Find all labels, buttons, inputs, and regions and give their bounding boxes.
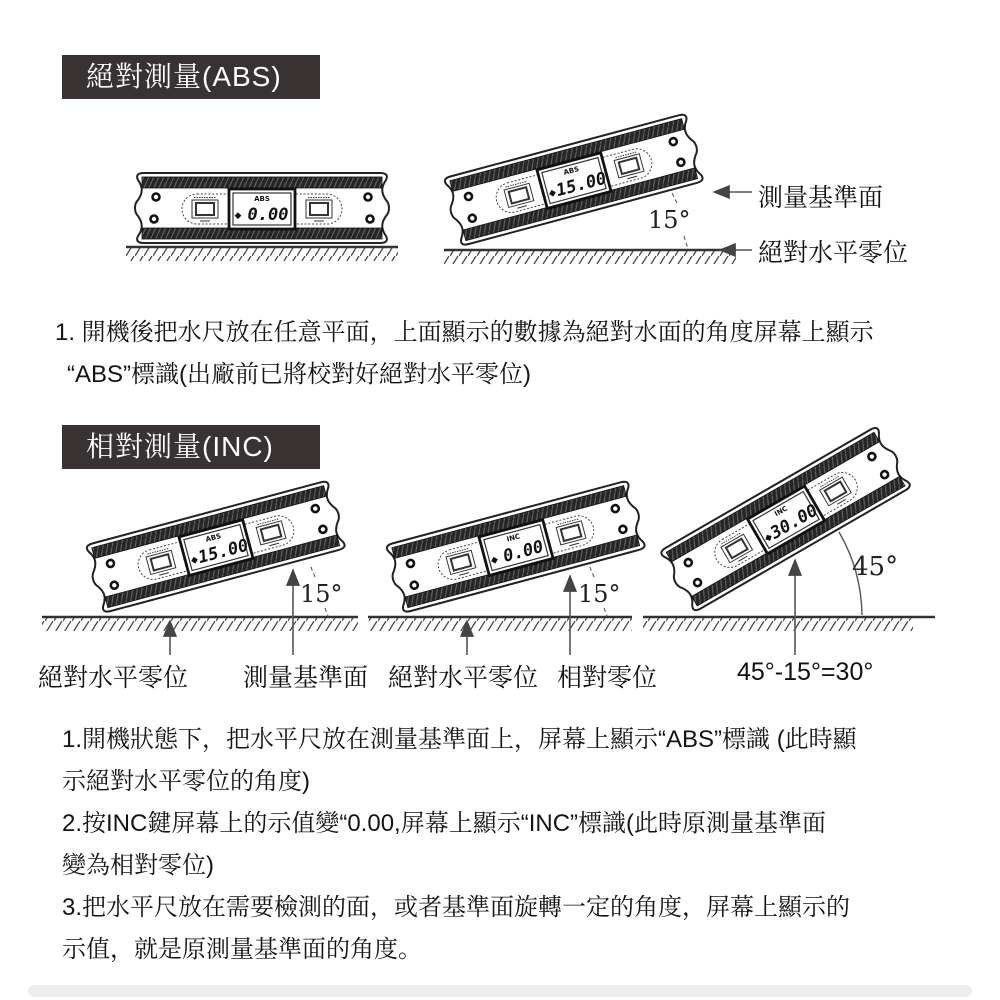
ground-label-absolute-zero-1: 絕對水平零位 [38, 658, 188, 694]
angle-equation: 45°-15°=30° [737, 658, 873, 687]
ground-label-datum-surface: 測量基準面 [243, 658, 368, 694]
ground-label-absolute-zero-2: 絕對水平零位 [388, 658, 538, 694]
note-line: 變為相對零位) [62, 845, 972, 887]
note-line: 3.把水平尺放在需要檢測的面，或者基準面旋轉一定的角度，屏幕上顯示的 [62, 887, 972, 929]
note-line: 1. 開機後把水尺放在任意平面，上面顯示的數據為絕對水面的角度屏幕上顯示 [55, 312, 965, 354]
diamond-icon: ◆ [235, 210, 242, 220]
note-line: 示值，就是原測量基準面的角度。 [62, 929, 972, 971]
angle-label: 15° [578, 580, 621, 608]
angle-label: 15° [300, 580, 343, 608]
lcd-value: 0.00 [248, 205, 289, 225]
level-inc-3: INC ◆ 30.00 [658, 425, 913, 613]
note-line: “ABS”標識(出廠前已將校對好絕對水平零位) [55, 354, 965, 396]
lcd-mode-label: ABS [254, 195, 270, 203]
abs-note: 1. 開機後把水尺放在任意平面，上面顯示的數據為絕對水面的角度屏幕上顯示 “AB… [55, 312, 965, 396]
callout-absolute-zero: 絕對水平零位 [758, 233, 908, 269]
section-title-abs: 絕對測量(ABS) [62, 55, 320, 99]
inc-illustration: ABS ◆ 15.00 15° INC ◆ 0.00 15° INC ◆ 30.… [0, 400, 1000, 700]
note-line: 示絕對水平零位的角度) [62, 761, 972, 803]
instruction-page: 絕對測量(ABS) ABS ◆ 0.00 ABS ◆ 15.00 15° 測量基… [0, 0, 1000, 1000]
callout-datum-surface: 測量基準面 [758, 178, 883, 214]
ground-label-relative-zero: 相對零位 [557, 658, 657, 694]
note-line: 1.開機狀態下，把水平尺放在測量基準面上，屏幕上顯示“ABS”標識 (此時顯 [62, 719, 972, 761]
note-line: 2.按INC鍵屏幕上的示值變“0.00,屏幕上顯示“INC”標識(此時原測量基準… [62, 803, 972, 845]
angle-label: 45° [852, 552, 898, 582]
ground-hatch [368, 618, 632, 631]
inc-note: 1.開機狀態下，把水平尺放在測量基準面上，屏幕上顯示“ABS”標識 (此時顯 示… [62, 719, 972, 971]
ground-hatch [643, 618, 913, 631]
ground-hatch [444, 251, 736, 264]
ground-hatch [126, 248, 398, 261]
level-flat-abs: ABS ◆ 0.00 [135, 173, 389, 243]
ground-hatch [42, 618, 358, 631]
bottom-divider-bar [28, 985, 972, 997]
angle-label: 15° [648, 206, 691, 234]
